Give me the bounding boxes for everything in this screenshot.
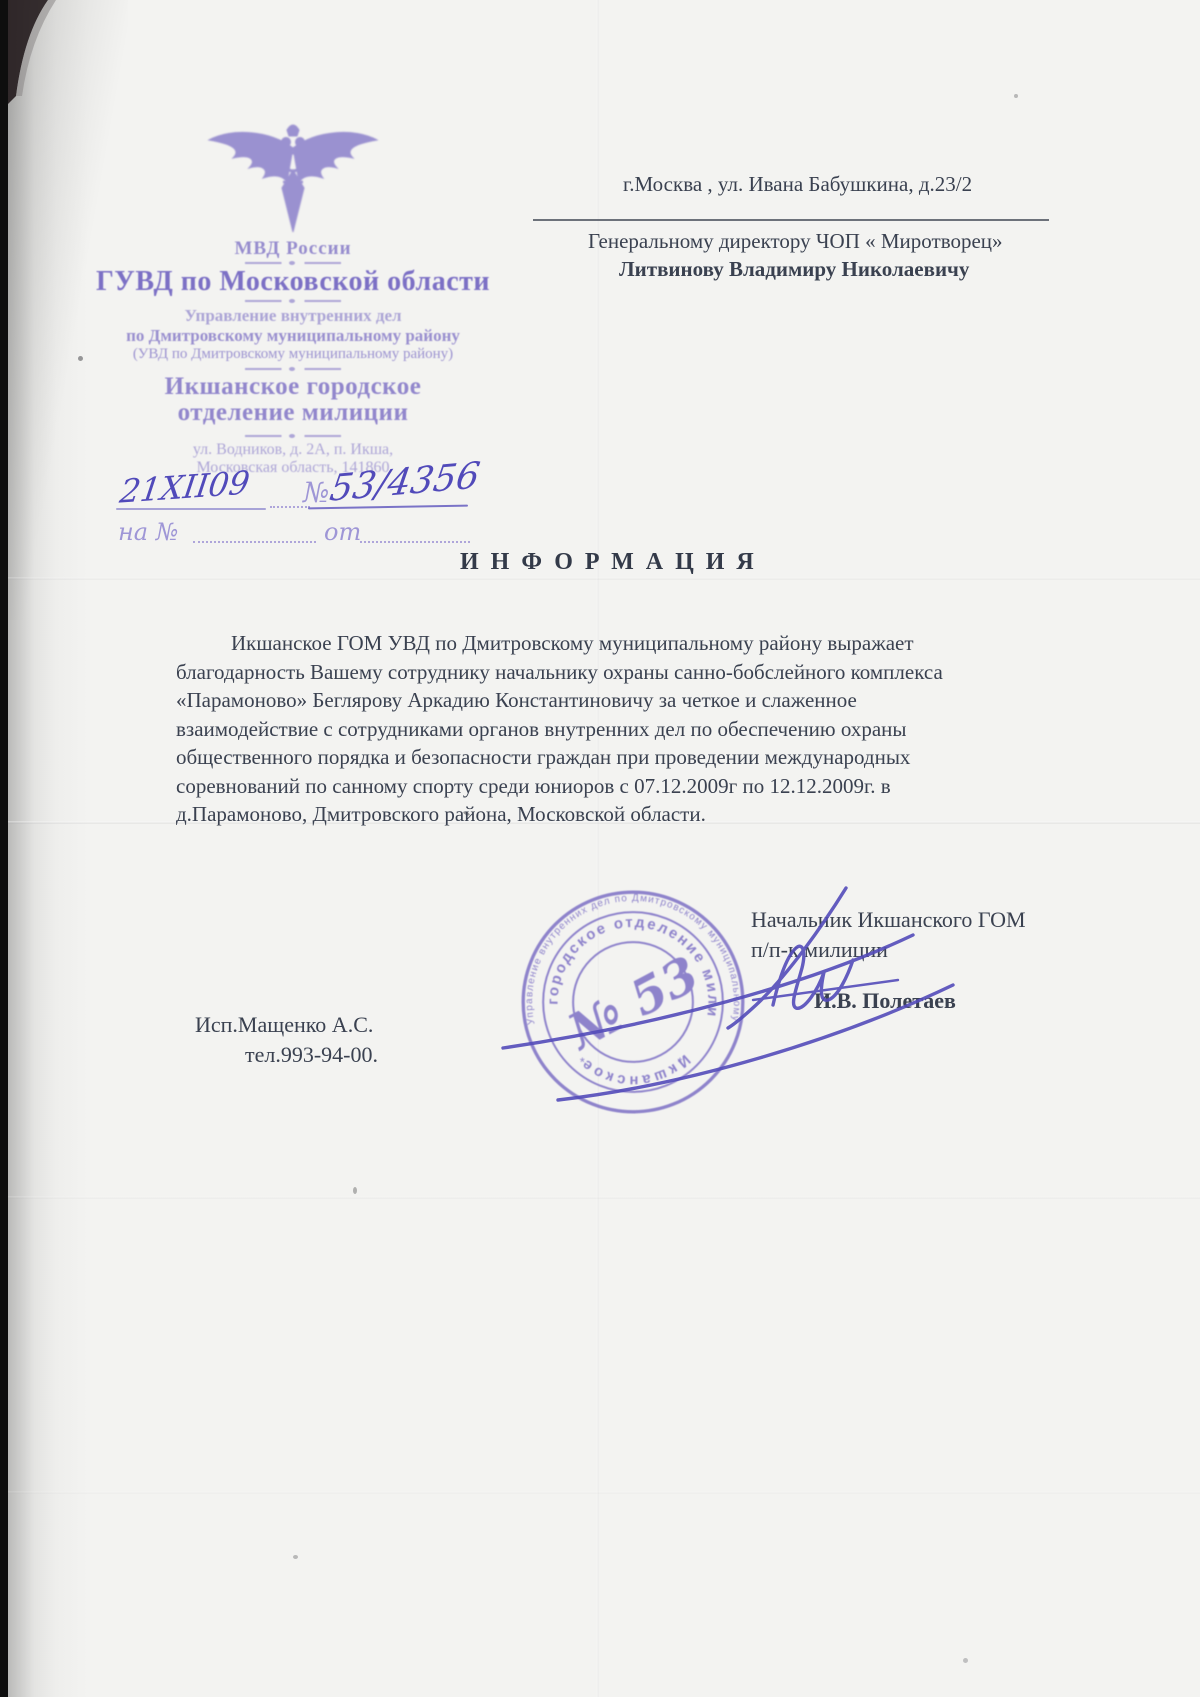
letterhead-divider [245, 300, 341, 302]
letterhead-org-main: ГУВД по Московской области [53, 266, 533, 298]
fold-crease-horizontal [8, 1196, 1200, 1199]
paper-left-edge-shadow [8, 0, 88, 1697]
form-number-sign: № [303, 476, 330, 509]
fold-crease-horizontal [8, 577, 1200, 580]
executor-phone: тел.993-94-00. [245, 1042, 378, 1068]
recipient-address: г.Москва , ул. Ивана Бабушкина, д.23/2 [623, 172, 972, 197]
letterhead-divider [245, 368, 341, 370]
executor-name: Исп.Мащенко А.С. [195, 1012, 373, 1038]
scanned-letter-page: { "letterhead": { "org_top": "МВД России… [0, 0, 1200, 1697]
letterhead-divider [245, 262, 341, 264]
body-line: взаимодействие с сотрудниками органов вн… [176, 715, 986, 744]
body-paragraph: Икшанское ГОМ УВД по Дмитровскому муници… [176, 629, 986, 829]
document-title: ИНФОРМАЦИЯ [460, 549, 766, 576]
form-dotted-line [193, 541, 316, 543]
letterhead-sub2: по Дмитровскому муниципальному району [108, 326, 478, 346]
body-line: д.Парамоново, Дмитровского района, Моско… [176, 800, 986, 829]
recipient-line2: Литвинову Владимиру Николаевичу [619, 257, 969, 282]
letterhead-sub3: (УВД по Дмитровскому муниципальному райо… [108, 346, 478, 363]
fold-crease-horizontal [8, 1491, 1200, 1494]
scan-speck [293, 1555, 298, 1559]
body-line: соревнований по санному спорту среди юни… [176, 772, 986, 801]
scan-speck [1014, 94, 1018, 98]
form-dotted-line [270, 506, 310, 508]
body-line: Икшанское ГОМ УВД по Дмитровскому муници… [176, 629, 986, 658]
letterhead-sub1: Управление внутренних дел [108, 306, 478, 326]
signature [478, 870, 978, 1120]
letterhead-org-top: МВД России [108, 238, 478, 260]
body-line: общественного порядка и безопасности гра… [176, 743, 986, 772]
scanner-corner-mark [8, 0, 78, 110]
form-ref-from: от [324, 518, 361, 546]
scan-speck [963, 1658, 968, 1663]
body-line: благодарность Вашему сотруднику начальни… [176, 658, 986, 687]
form-ref-prefix: на № [118, 518, 178, 546]
body-line: «Парамоново» Беглярову Аркадию Константи… [176, 686, 986, 715]
handwritten-date: 21XII09 [117, 463, 252, 511]
letterhead-divider [245, 435, 341, 437]
letterhead-division-line2: отделение милиции [108, 399, 478, 427]
letterhead-division-line1: Икшанское городское [108, 373, 478, 401]
form-dotted-line [360, 541, 470, 543]
recipient-divider-line [533, 219, 1049, 221]
mvd-eagle-emblem [203, 118, 383, 238]
handwriting-underline [116, 508, 266, 510]
paper-sheet: МВД России ГУВД по Московской области Уп… [8, 0, 1200, 1697]
recipient-line1: Генеральному директору ЧОП « Миротворец» [588, 229, 1003, 254]
scan-speck [353, 1187, 357, 1194]
scan-speck [78, 356, 83, 361]
letterhead-address1: ул. Водников, д. 2А, п. Икша, [108, 441, 478, 459]
fold-crease-vertical [596, 0, 599, 1697]
